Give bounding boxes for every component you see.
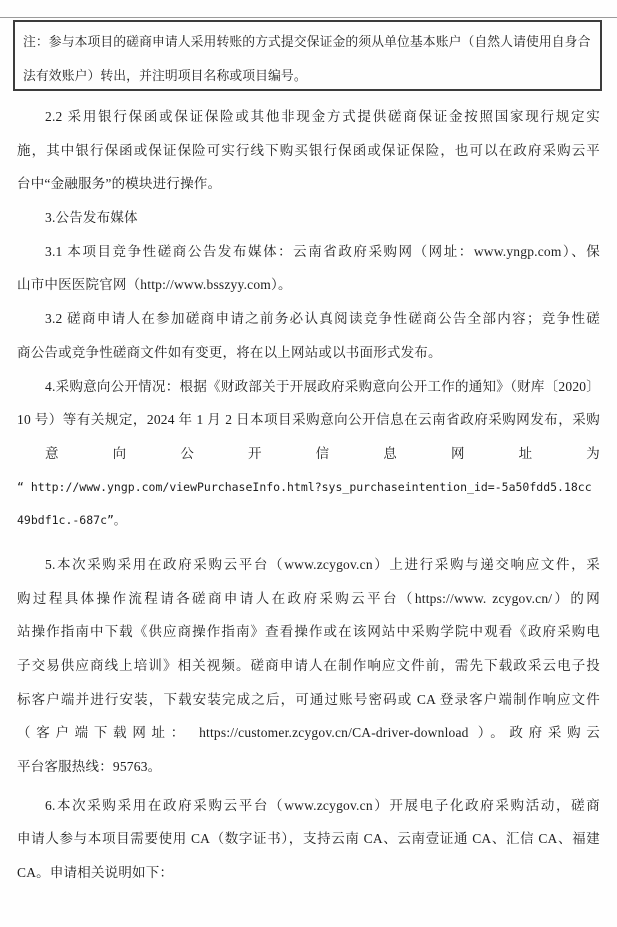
doc-line: 施，其中银行保函或保证保险可实行线下购买银行保函或保证保险，也可以在政府采购云平 xyxy=(17,134,600,168)
doc-line: 6.本次采购采用在政府采购云平台（www.zcygov.cn）开展电子化政府采购… xyxy=(17,789,600,823)
paragraph-3-2-read-announcement: 3.2 磋商申请人在参加磋商申请之前务必认真阅读竞争性磋商公告全部内容；竞争性磋… xyxy=(17,302,600,369)
doc-line: 子交易供应商线上培训》相关视频。磋商申请人在制作响应文件前，需先下载政采云电子投 xyxy=(17,649,600,683)
doc-line: “ http://www.yngp.com/viewPurchaseInfo.h… xyxy=(17,471,600,505)
doc-line: 意 向 公 开 信 息 网 址 为 xyxy=(17,437,600,471)
doc-line: 标客户端并进行安装，下载安装完成之后，可通过账号密码或 CA 登录客户端制作响应… xyxy=(17,683,600,717)
paragraph-6-ca-certificate: 6.本次采购采用在政府采购云平台（www.zcygov.cn）开展电子化政府采购… xyxy=(17,789,600,890)
doc-line: 3.2 磋商申请人在参加磋商申请之前务必认真阅读竞争性磋商公告全部内容；竞争性磋 xyxy=(17,302,600,336)
page-top-rule xyxy=(0,17,617,18)
doc-line: 购过程具体操作流程请各磋商申请人在政府采购云平台（https://www. zc… xyxy=(17,582,600,616)
note-line: 法有效账户）转出，并注明项目名称或项目编号。 xyxy=(23,59,593,93)
doc-line: 申请人参与本项目需要使用 CA（数字证书），支持云南 CA、云南壹证通 CA、汇… xyxy=(17,822,600,856)
note-box: 注：参与本项目的磋商申请人采用转账的方式提交保证金的须从单位基本账户（自然人请使… xyxy=(13,20,602,91)
doc-line: （客户端下载网址： https://customer.zcygov.cn/CA-… xyxy=(17,716,600,750)
doc-line: 2.2 采用银行保函或保证保险或其他非现金方式提供磋商保证金按照国家现行规定实 xyxy=(17,100,600,134)
doc-line: 10 号）等有关规定，2024 年 1 月 2 日本项目采购意向公开信息在云南省… xyxy=(17,403,600,437)
paragraph-5-zcygov-platform: 5.本次采购采用在政府采购云平台（www.zcygov.cn）上进行采购与递交响… xyxy=(17,548,600,784)
paragraph-2-2-guarantee-methods: 2.2 采用银行保函或保证保险或其他非现金方式提供磋商保证金按照国家现行规定实施… xyxy=(17,100,600,201)
doc-line: 3.公告发布媒体 xyxy=(17,201,600,235)
doc-line: 商公告或竞争性磋商文件如有变更，将在以上网站或以书面形式发布。 xyxy=(17,336,600,370)
doc-line: 49bdf1c.-687c”。 xyxy=(17,504,600,538)
doc-line: 站操作指南中下载《供应商操作指南》查看操作或在该网站中采购学院中观看《政府采购电 xyxy=(17,615,600,649)
paragraph-3-announcement-media-heading: 3.公告发布媒体 xyxy=(17,201,600,235)
doc-line: 4.采购意向公开情况：根据《财政部关于开展政府采购意向公开工作的通知》（财库〔2… xyxy=(17,370,600,404)
doc-line: 台中“金融服务”的模块进行操作。 xyxy=(17,167,600,201)
paragraph-3-1-announcement-websites: 3.1 本项目竞争性磋商公告发布媒体：云南省政府采购网（网址：www.yngp.… xyxy=(17,235,600,302)
document-page: 注：参与本项目的磋商申请人采用转账的方式提交保证金的须从单位基本账户（自然人请使… xyxy=(0,0,617,927)
doc-line: 山市中医医院官网（http://www.bsszyy.com）。 xyxy=(17,268,600,302)
doc-line: 平台客服热线：95763。 xyxy=(17,750,600,784)
doc-line: 5.本次采购采用在政府采购云平台（www.zcygov.cn）上进行采购与递交响… xyxy=(17,548,600,582)
note-line: 注：参与本项目的磋商申请人采用转账的方式提交保证金的须从单位基本账户（自然人请使… xyxy=(23,25,593,59)
doc-line: 3.1 本项目竞争性磋商公告发布媒体：云南省政府采购网（网址：www.yngp.… xyxy=(17,235,600,269)
document-body: 2.2 采用银行保函或保证保险或其他非现金方式提供磋商保证金按照国家现行规定实施… xyxy=(17,100,600,890)
paragraph-4-procurement-intention: 4.采购意向公开情况：根据《财政部关于开展政府采购意向公开工作的通知》（财库〔2… xyxy=(17,370,600,538)
doc-line: CA。申请相关说明如下： xyxy=(17,856,600,890)
